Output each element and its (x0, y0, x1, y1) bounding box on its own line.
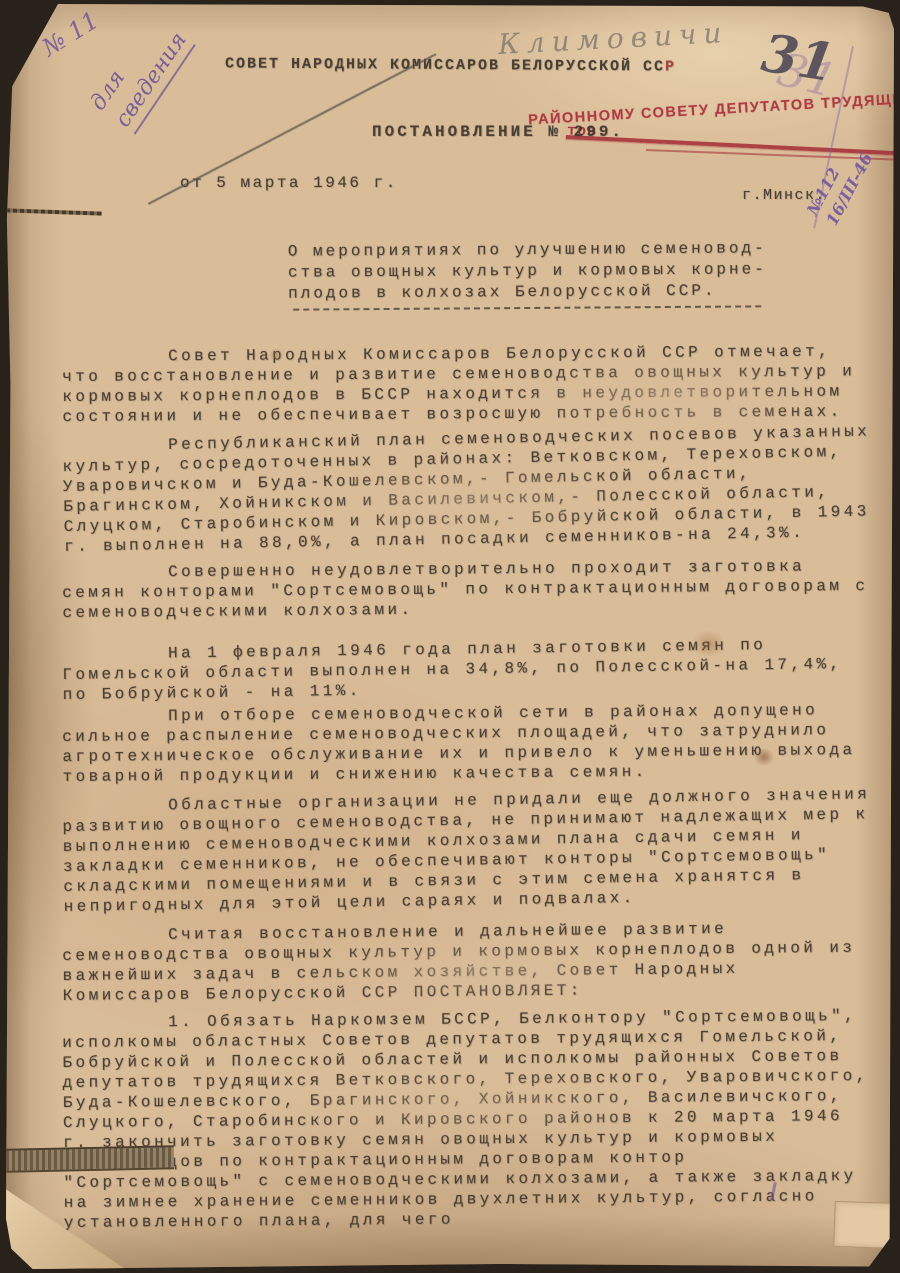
page-number-handwritten: 31 (758, 23, 839, 95)
paper-stain (754, 748, 774, 766)
paragraph: Совершенно неудовлетворительно проходит … (62, 556, 880, 623)
decree-title: ПОСТАНОВЛЕНИЕ № 299. (372, 123, 624, 141)
decree-date: от 5 марта 1946 г. (180, 174, 398, 192)
handwritten-place-name: Климовичи (497, 16, 729, 61)
org-title: СОВЕТ НАРОДНЫХ КОМИССАРОВ БЕЛОРУССКОЙ СС… (225, 55, 676, 75)
scanned-document-page: СОВЕТ НАРОДНЫХ КОМИССАРОВ БЕЛОРУССКОЙ СС… (6, 4, 894, 1269)
subject-block: О мероприятиях по улучшению семеновод- с… (288, 238, 767, 318)
paragraph: Совет Народных Комиссаров Белорусской СС… (62, 341, 881, 427)
binding-tape (6, 1145, 174, 1173)
handwritten-register-note: №112 16/III-46 (802, 139, 878, 230)
handwritten-number-note: № 11 (37, 6, 103, 62)
paper-stain (268, 348, 284, 362)
paper-stain (692, 630, 726, 658)
org-title-main: СОВЕТ НАРОДНЫХ КОМИССАРОВ БЕЛОРУССКОЙ СС (225, 55, 665, 75)
paragraph: При отборе семеноводческой сети в района… (62, 700, 881, 787)
paragraph: Областные организации не придали еще дол… (62, 784, 882, 917)
paragraph: Считая восстановление и дальнейшее разви… (62, 917, 881, 1006)
org-title-red-tail: Р (665, 58, 676, 75)
paragraph: На 1 февраля 1946 года план заготовки се… (62, 634, 881, 705)
subject-line: плодов в колхозах Белорусской ССР. (288, 280, 767, 304)
paragraph: 1. Обязать Наркомзем БССР, Белконтору "С… (62, 1006, 882, 1233)
subject-underline (294, 305, 762, 310)
binding-thread (6, 208, 102, 215)
paragraph: Республиканский план семеноводческих пос… (62, 421, 882, 557)
paper-patch (833, 1201, 900, 1249)
